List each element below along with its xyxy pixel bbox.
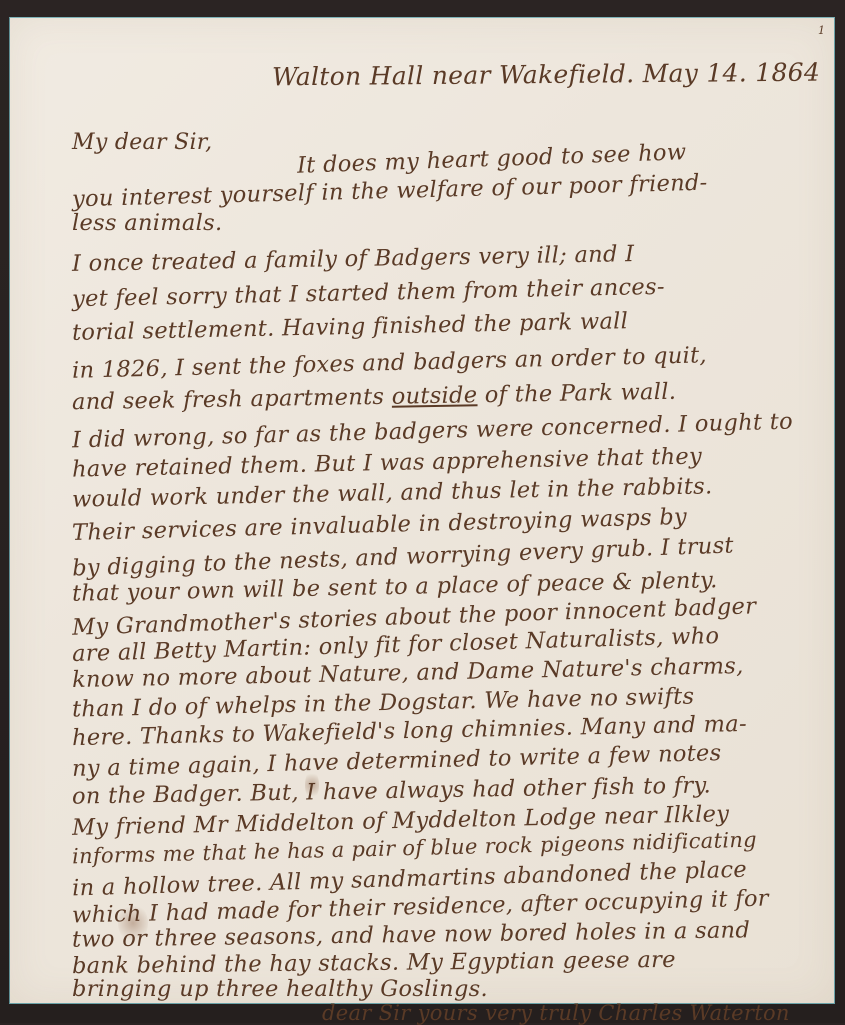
letter-line: torial settlement. Having finished the p… [72, 308, 629, 346]
letter-line: and seek fresh apartments outside of the… [72, 379, 677, 416]
letter-line: you interest yourself in the welfare of … [72, 170, 708, 213]
letter-line: I once treated a family of Badgers very … [72, 241, 635, 277]
letter-page: 1 Walton Hall near Wakefield. May 14. 18… [9, 17, 835, 1004]
closing-signature: dear Sir yours very truly Charles Watert… [322, 1001, 790, 1023]
letter-line-part: of the Park wall. [477, 379, 676, 408]
letter-line: yet feel sorry that I started them from … [72, 274, 665, 312]
letter-line: bringing up three healthy Goslings. [72, 976, 488, 1002]
letter-line: bank behind the hay stacks. My Egyptian … [72, 947, 676, 979]
letter-heading: Walton Hall near Wakefield. May 14. 1864 [272, 58, 820, 92]
salutation: My dear Sir, [72, 130, 212, 155]
page-number: 1 [818, 24, 825, 37]
underlined-word: outside [392, 382, 478, 409]
letter-line: in 1826, I sent the foxes and badgers an… [72, 342, 707, 384]
letter-line-part: and seek fresh apartments [72, 384, 392, 416]
letter-line: less animals. [72, 210, 222, 236]
